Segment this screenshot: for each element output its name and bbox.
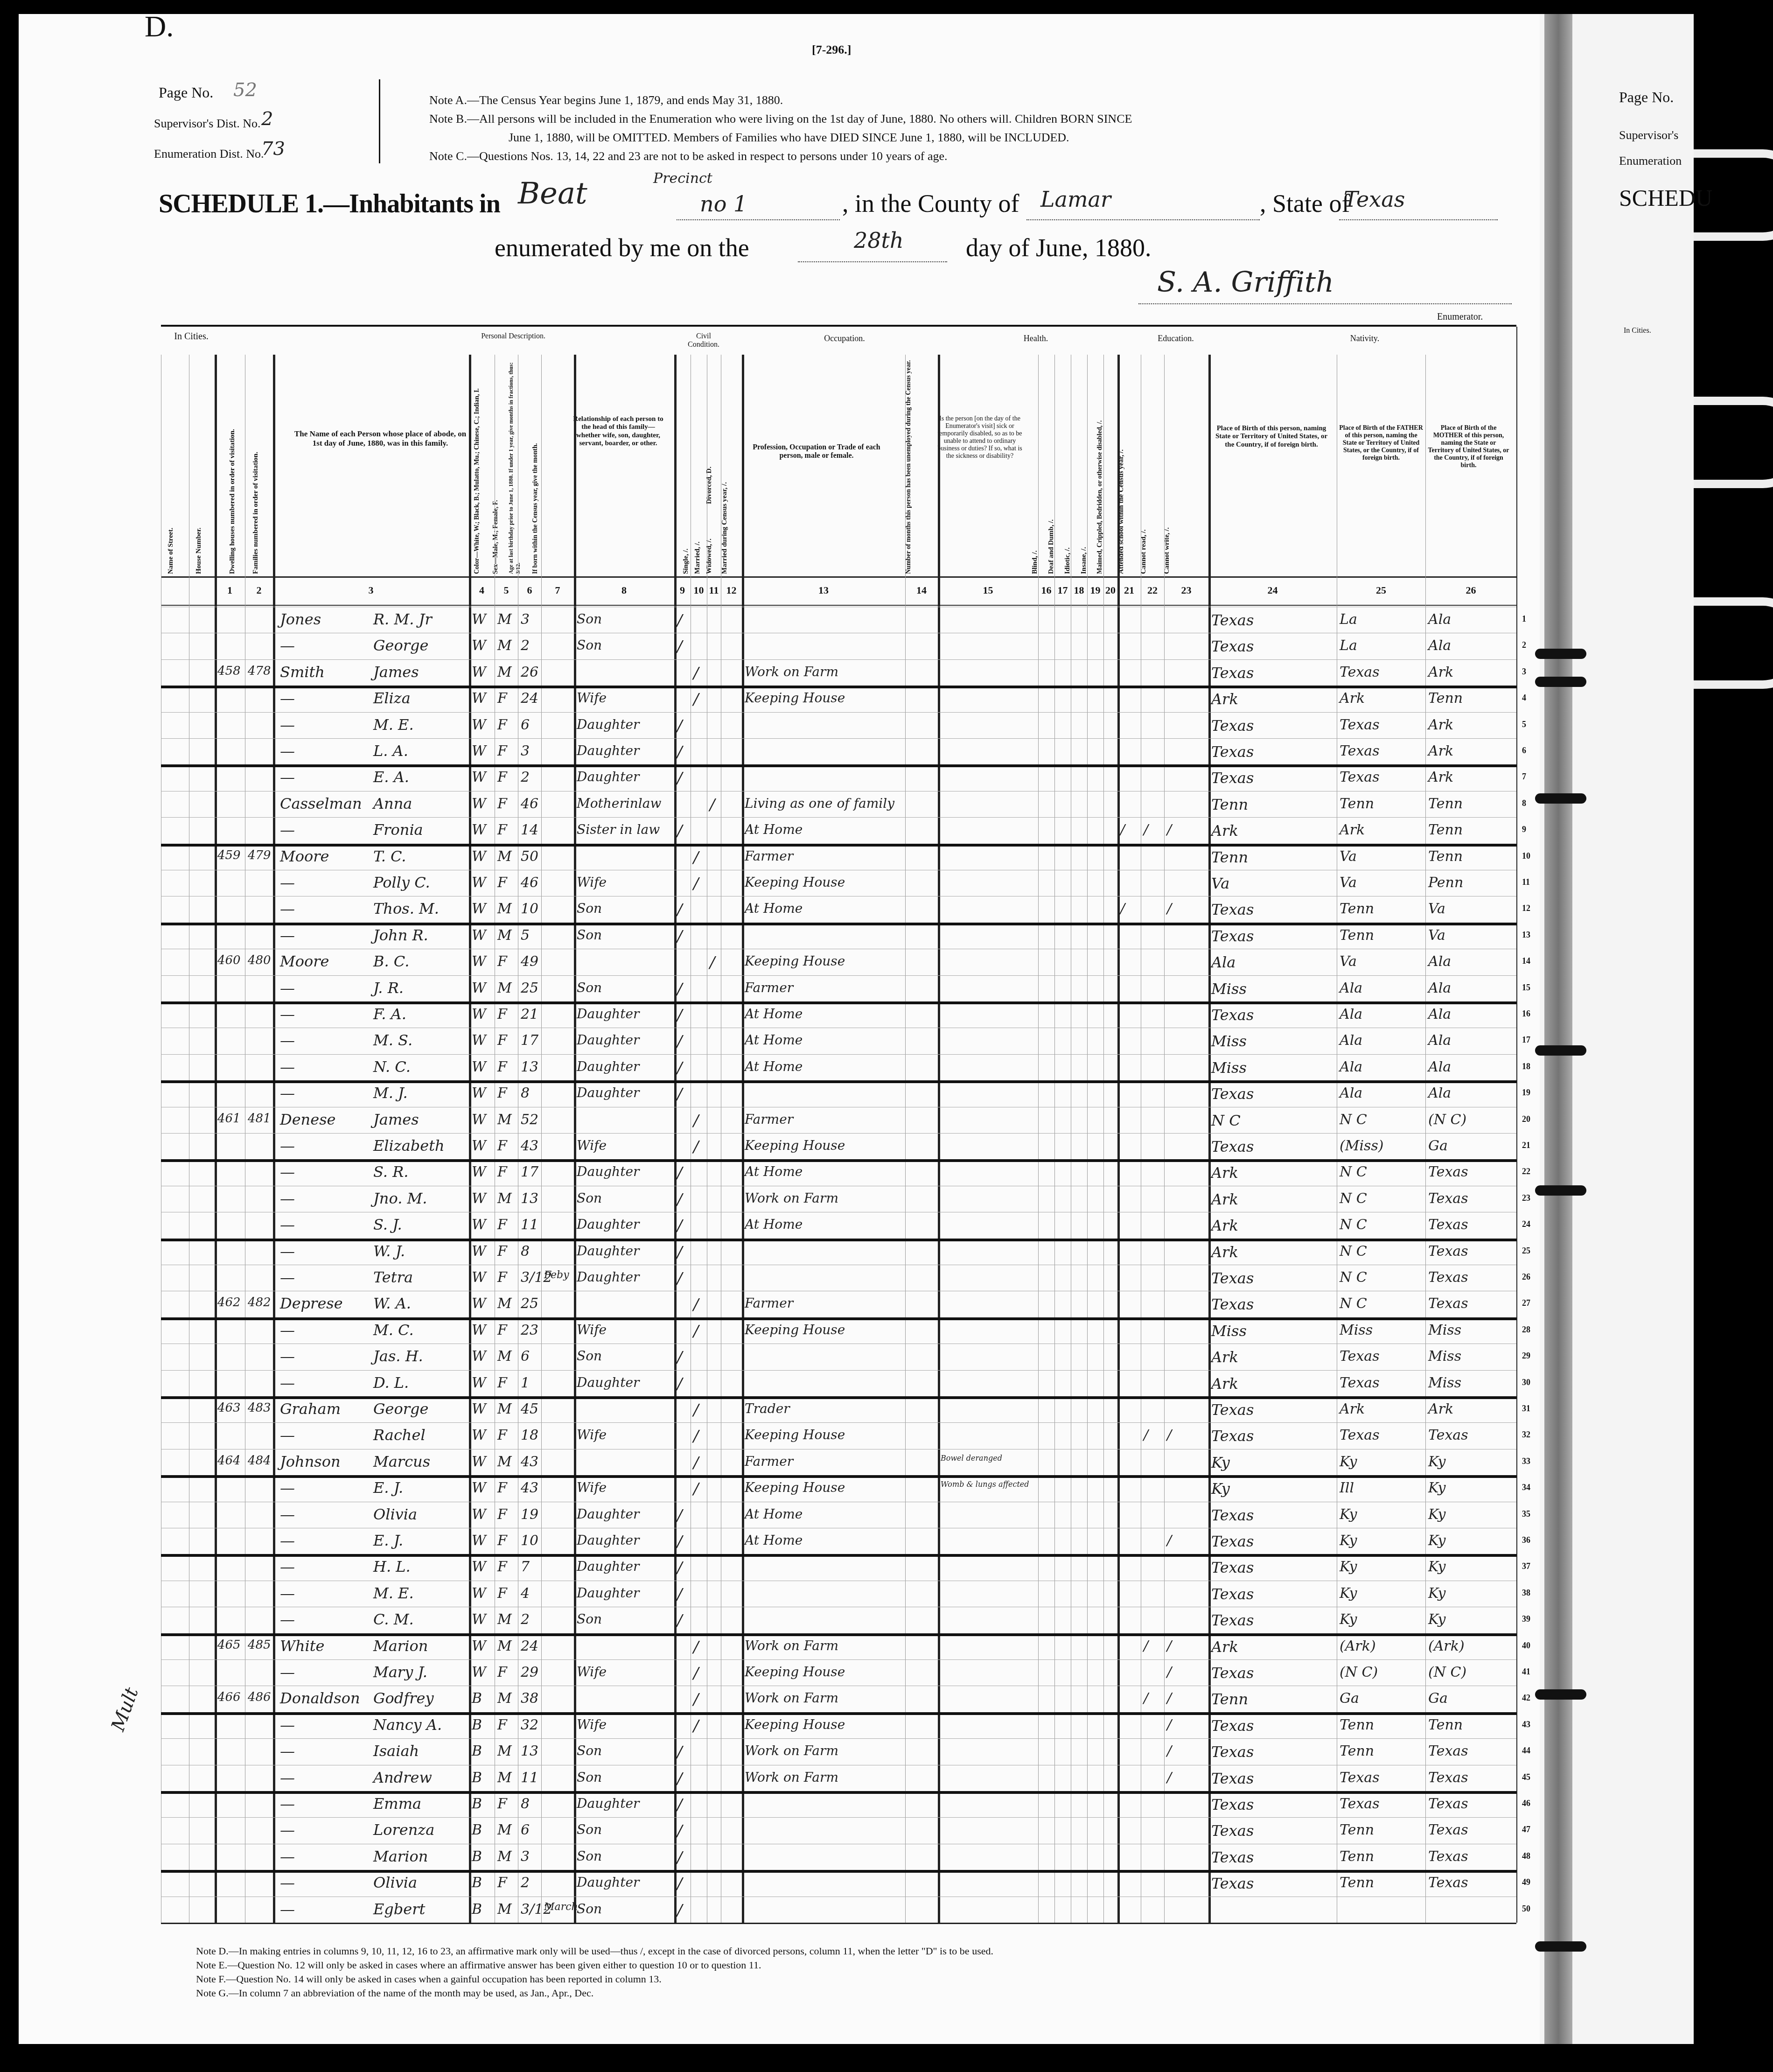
sex-cell: F — [497, 875, 507, 891]
row-number: 9 — [1522, 825, 1526, 834]
single-cell: / — [677, 901, 682, 919]
sex-cell: M — [497, 1348, 512, 1365]
surname-cell: — — [280, 1610, 295, 1628]
column-divider — [495, 355, 495, 1923]
bf-cell: Ky — [1340, 1454, 1357, 1470]
column-number: 13 — [742, 584, 905, 596]
age-cell: 2 — [521, 637, 530, 654]
note-d: Note D.—In making entries in columns 9, … — [196, 1945, 993, 1957]
read-cell: / — [1144, 822, 1148, 838]
occ-cell: Work on Farm — [745, 1743, 838, 1758]
column-divider — [1103, 355, 1104, 1923]
header-bottom-border — [161, 576, 1516, 578]
column-divider — [1425, 355, 1426, 1923]
header-name: The Name of each Person whose place of a… — [289, 429, 471, 448]
bp-cell: Texas — [1211, 1506, 1254, 1524]
color-cell: W — [472, 927, 486, 944]
single-cell: / — [677, 1848, 682, 1867]
color-cell: W — [472, 1375, 486, 1391]
sex-cell: M — [497, 901, 512, 917]
row-number: 3 — [1522, 667, 1526, 677]
surname-cell: — — [280, 1374, 295, 1392]
row-number: 47 — [1522, 1825, 1530, 1834]
married-cell: / — [693, 1480, 698, 1498]
column-number: 4 — [469, 584, 495, 596]
occ-cell: Work on Farm — [745, 1690, 838, 1706]
age-cell: 3 — [521, 611, 530, 628]
bp-cell: Texas — [1211, 1611, 1254, 1629]
header-age: Age at last birthday prior to June 1, 18… — [508, 355, 526, 574]
color-cell: W — [472, 875, 486, 891]
row-number: 35 — [1522, 1509, 1530, 1519]
age-cell: 8 — [521, 1796, 530, 1812]
given-name-cell: M. E. — [373, 716, 414, 734]
bf-cell: Tenn — [1340, 1822, 1374, 1838]
colnum-bottom-border — [161, 605, 1516, 606]
rel-cell: Wife — [577, 1664, 607, 1680]
given-name-cell: Tetra — [373, 1268, 413, 1286]
color-cell: W — [472, 1533, 486, 1549]
adjacent-enumeration-label: Enumeration — [1619, 154, 1682, 168]
sex-cell: M — [497, 1690, 512, 1707]
color-cell: W — [472, 1138, 486, 1154]
row-divider — [161, 1001, 1516, 1004]
row-divider — [161, 817, 1516, 818]
row-divider — [161, 659, 1516, 660]
row-divider — [161, 1080, 1516, 1083]
bm-cell: Ark — [1428, 769, 1453, 785]
row-number: 22 — [1522, 1167, 1530, 1176]
occ-cell: Work on Farm — [745, 1190, 838, 1206]
bp-cell: Ark — [1211, 1190, 1238, 1208]
age-cell: 6 — [521, 1348, 530, 1365]
row-number: 30 — [1522, 1378, 1530, 1387]
surname-cell: — — [280, 1347, 295, 1365]
bf-cell: Ky — [1340, 1559, 1357, 1575]
given-name-cell: W. J. — [373, 1242, 405, 1260]
color-cell: W — [472, 1164, 486, 1180]
bp-cell: Texas — [1211, 1717, 1254, 1735]
sick-cell: Womb & lungs affected — [941, 1480, 1029, 1489]
row-divider — [161, 607, 1516, 607]
supervisor-label: Supervisor's Dist. No. — [154, 117, 261, 131]
bf-cell: Tenn — [1340, 1875, 1374, 1891]
bp-cell: Texas — [1211, 1533, 1254, 1550]
column-divider — [541, 355, 542, 1923]
given-name-cell: Nancy A. — [373, 1716, 442, 1734]
row-divider — [161, 1765, 1516, 1765]
bp-cell: Tenn — [1211, 796, 1248, 813]
binding-ring — [1535, 1941, 1586, 1952]
color-cell: W — [472, 1059, 486, 1075]
column-number: 26 — [1425, 584, 1516, 596]
adjacent-schedule-label: SCHEDU — [1619, 184, 1712, 211]
header-street: Name of Street. — [167, 476, 175, 574]
sex-cell: F — [497, 822, 507, 838]
row-divider — [161, 764, 1516, 767]
row-divider — [161, 1738, 1516, 1739]
bm-cell: Ark — [1428, 1401, 1453, 1417]
bp-cell: Texas — [1211, 1295, 1254, 1313]
column-number: 2 — [245, 584, 273, 596]
row-divider — [161, 1212, 1516, 1212]
row-divider — [161, 844, 1516, 847]
given-name-cell: Eliza — [373, 689, 411, 707]
surname-cell: Graham — [280, 1400, 341, 1418]
rel-cell: Daughter — [577, 717, 639, 732]
rel-cell: Daughter — [577, 1164, 639, 1179]
occ-cell: Farmer — [745, 980, 793, 995]
bm-cell: Texas — [1428, 1190, 1468, 1207]
scan-top-border — [0, 0, 1773, 14]
bf-cell: Ala — [1340, 1059, 1362, 1075]
row-number: 23 — [1522, 1193, 1530, 1203]
sex-cell: F — [497, 1085, 507, 1101]
surname-cell: — — [280, 1479, 295, 1497]
given-name-cell: M. J. — [373, 1084, 408, 1102]
row-divider — [161, 1370, 1516, 1371]
row-number: 44 — [1522, 1746, 1530, 1756]
surname-cell: — — [280, 1137, 295, 1155]
married-cell: / — [693, 1664, 698, 1683]
occ-cell: Trader — [745, 1401, 790, 1416]
bf-cell: Ala — [1340, 980, 1362, 996]
occ-cell: Keeping House — [745, 875, 845, 890]
day-underline — [798, 261, 947, 262]
surname-cell: — — [280, 1558, 295, 1575]
header-married: Married, /. — [694, 513, 702, 574]
surname-cell: Jones — [280, 610, 321, 628]
age-cell: 24 — [521, 1638, 538, 1654]
given-name-cell: John R. — [373, 926, 428, 944]
bp-cell: Texas — [1211, 1822, 1254, 1840]
sex-cell: M — [497, 1454, 512, 1470]
given-name-cell: Rachel — [373, 1426, 426, 1444]
bp-cell: Texas — [1211, 637, 1254, 655]
given-name-cell: Thos. M. — [373, 900, 439, 917]
column-divider — [742, 355, 744, 1923]
given-name-cell: T. C. — [373, 847, 406, 865]
widowed-cell: / — [710, 953, 715, 972]
given-name-cell: J. R. — [373, 979, 404, 997]
bm-cell: Ky — [1428, 1454, 1445, 1470]
age-cell: 25 — [521, 980, 538, 996]
rel-cell: Wife — [577, 1322, 607, 1337]
row-number: 39 — [1522, 1614, 1530, 1624]
surname-cell: Moore — [280, 952, 329, 970]
bm-cell: Ark — [1428, 664, 1453, 680]
header-maimed: Maimed, Crippled, Bedridden, or otherwis… — [1096, 355, 1104, 574]
row-divider — [161, 1817, 1516, 1818]
single-cell: / — [677, 980, 682, 999]
fam-cell: 484 — [248, 1454, 271, 1468]
color-cell: W — [472, 1454, 486, 1470]
bm-cell: Ala — [1428, 953, 1451, 970]
rel-cell: Son — [577, 1190, 602, 1206]
rel-cell: Sister in law — [577, 822, 660, 837]
row-number: 17 — [1522, 1035, 1530, 1045]
bp-cell: Ark — [1211, 1638, 1238, 1656]
occ-cell: Keeping House — [745, 1664, 845, 1680]
month-cell: March — [544, 1901, 578, 1913]
given-name-cell: L. A. — [373, 742, 408, 760]
age-cell: 18 — [521, 1427, 538, 1443]
row-divider — [161, 1159, 1516, 1162]
binding-ring — [1535, 677, 1586, 687]
single-cell: / — [677, 717, 682, 735]
occ-cell: Keeping House — [745, 690, 845, 706]
row-number: 32 — [1522, 1430, 1530, 1440]
sex-cell: F — [497, 1269, 507, 1286]
row-divider — [161, 1844, 1516, 1844]
enumerator-signature: S. A. Griffith — [1157, 266, 1334, 299]
rel-cell: Wife — [577, 1427, 607, 1442]
single-cell: / — [677, 1217, 682, 1235]
bm-cell: Ark — [1428, 743, 1453, 759]
bm-cell: Ala — [1428, 1085, 1451, 1101]
bf-cell: (Ark) — [1340, 1638, 1376, 1654]
column-number: 18 — [1071, 584, 1087, 596]
given-name-cell: Isaiah — [373, 1742, 419, 1760]
bf-cell: N C — [1340, 1295, 1367, 1312]
bp-cell: Ky — [1211, 1480, 1230, 1498]
bm-cell: Va — [1428, 927, 1445, 944]
bf-cell: Ark — [1340, 690, 1365, 707]
bf-cell: Tenn — [1340, 1743, 1374, 1759]
bm-cell: Texas — [1428, 1164, 1468, 1180]
surname-cell: — — [280, 1163, 295, 1181]
bp-cell: Miss — [1211, 1059, 1247, 1077]
surname-cell: — — [280, 1426, 295, 1444]
write-cell: / — [1167, 1664, 1172, 1680]
row-divider — [161, 633, 1516, 633]
bp-cell: Va — [1211, 875, 1229, 892]
column-number: 16 — [1038, 584, 1054, 596]
married-cell: / — [693, 875, 698, 893]
column-number: 15 — [938, 584, 1038, 596]
bm-cell: Ala — [1428, 611, 1451, 628]
column-divider — [1117, 355, 1120, 1923]
given-name-cell: Andrew — [373, 1769, 432, 1786]
row-divider — [161, 712, 1516, 713]
note-b-cont: June 1, 1880, will be OMITTED. Members o… — [509, 131, 1069, 145]
bp-cell: Tenn — [1211, 1690, 1248, 1708]
rel-cell: Son — [577, 637, 602, 653]
rel-cell: Son — [577, 1743, 602, 1758]
row-number: 1 — [1522, 614, 1526, 624]
row-number: 20 — [1522, 1114, 1530, 1124]
column-divider — [469, 355, 471, 1923]
adjacent-page-no-label: Page No. — [1619, 89, 1674, 106]
column-divider — [1087, 355, 1088, 1923]
age-cell: 49 — [521, 953, 538, 970]
bm-cell: Miss — [1428, 1375, 1461, 1391]
color-cell: B — [472, 1743, 482, 1759]
single-cell: / — [677, 1348, 682, 1367]
bp-cell: Texas — [1211, 769, 1254, 787]
rel-cell: Son — [577, 927, 602, 943]
occ-cell: At Home — [745, 1164, 803, 1179]
married-cell: / — [693, 1295, 698, 1314]
bf-cell: Ark — [1340, 822, 1365, 838]
color-cell: W — [472, 769, 486, 785]
column-divider — [707, 355, 707, 1923]
given-name-cell: Polly C. — [373, 874, 430, 891]
married-cell: / — [693, 690, 698, 709]
note-f: Note F.—Question No. 14 will only be ask… — [196, 1973, 662, 1985]
row-divider — [161, 870, 1516, 870]
header-relationship: Relationship of each person to the head … — [572, 415, 665, 448]
color-cell: W — [472, 1611, 486, 1628]
row-divider — [161, 1607, 1516, 1607]
fam-cell: 478 — [248, 664, 271, 678]
bm-cell: Tenn — [1428, 822, 1463, 838]
bm-cell: Ky — [1428, 1533, 1445, 1549]
given-name-cell: Egbert — [373, 1900, 425, 1918]
row-number: 28 — [1522, 1325, 1530, 1335]
bp-cell: Texas — [1211, 1401, 1254, 1419]
sick-cell: Bowel deranged — [941, 1454, 1002, 1463]
sex-cell: F — [497, 1243, 507, 1260]
header-civil: Civil Condition. — [680, 332, 727, 349]
row-number: 31 — [1522, 1404, 1530, 1414]
rel-cell: Son — [577, 901, 602, 916]
bp-cell: Ark — [1211, 1375, 1238, 1393]
fam-cell: 485 — [248, 1638, 271, 1652]
surname-cell: — — [280, 926, 295, 944]
rel-cell: Daughter — [577, 1559, 639, 1574]
occ-cell: Farmer — [745, 1295, 793, 1311]
single-cell: / — [677, 769, 682, 788]
row-number: 18 — [1522, 1062, 1530, 1071]
sex-cell: M — [497, 1611, 512, 1628]
age-cell: 43 — [521, 1480, 538, 1496]
page-no-value: 52 — [233, 79, 257, 101]
row-divider — [161, 896, 1516, 896]
single-cell: / — [677, 1164, 682, 1183]
single-cell: / — [677, 1796, 682, 1814]
bp-cell: Texas — [1211, 1743, 1254, 1761]
bf-cell: Texas — [1340, 1375, 1380, 1391]
rel-cell: Daughter — [577, 1032, 639, 1048]
bf-cell: (N C) — [1340, 1664, 1378, 1680]
row-divider — [161, 1291, 1516, 1291]
rel-cell: Son — [577, 1611, 602, 1627]
bm-cell: Va — [1428, 901, 1445, 917]
given-name-cell: Jno. M. — [373, 1190, 427, 1207]
color-cell: W — [472, 1190, 486, 1207]
write-cell: / — [1167, 822, 1172, 838]
rel-cell: Daughter — [577, 1375, 639, 1390]
surname-cell: — — [280, 1084, 295, 1102]
column-number: 20 — [1103, 584, 1117, 596]
binding-ring — [1535, 649, 1586, 659]
row-divider — [161, 1554, 1516, 1557]
age-cell: 21 — [521, 1006, 538, 1022]
bp-cell: Ky — [1211, 1454, 1230, 1471]
bp-cell: Ala — [1211, 953, 1236, 971]
sex-cell: M — [497, 1743, 512, 1759]
binding-ring — [1535, 1185, 1586, 1196]
census-page — [19, 14, 1540, 2044]
note-g: Note G.—In column 7 an abbreviation of t… — [196, 1987, 593, 1999]
bf-cell: N C — [1340, 1269, 1367, 1286]
column-divider — [691, 355, 691, 1923]
single-cell: / — [677, 637, 682, 656]
surname-cell: White — [280, 1637, 325, 1655]
column-divider — [674, 355, 677, 1923]
row-divider — [161, 975, 1516, 976]
column-number: 19 — [1087, 584, 1103, 596]
column-divider — [1208, 355, 1211, 1923]
color-cell: W — [472, 1295, 486, 1312]
row-divider — [161, 1344, 1516, 1344]
age-cell: 29 — [521, 1664, 538, 1680]
surname-cell: — — [280, 1216, 295, 1233]
single-cell: / — [677, 1269, 682, 1288]
given-name-cell: C. M. — [373, 1610, 414, 1628]
given-name-cell: R. M. Jr — [373, 610, 432, 628]
dw-cell: 464 — [217, 1454, 241, 1468]
bf-cell: Tenn — [1340, 927, 1374, 944]
row-divider — [161, 1712, 1516, 1715]
married-cell: / — [693, 1638, 698, 1657]
bp-cell: Miss — [1211, 980, 1247, 998]
age-cell: 26 — [521, 664, 538, 680]
bp-cell: Texas — [1211, 927, 1254, 945]
row-number: 49 — [1522, 1877, 1530, 1887]
bm-cell: Texas — [1428, 1427, 1468, 1443]
row-number: 2 — [1522, 640, 1526, 650]
occ-cell: At Home — [745, 1506, 803, 1522]
row-number: 8 — [1522, 798, 1526, 808]
occ-cell: Keeping House — [745, 1480, 845, 1495]
occ-cell: Keeping House — [745, 1427, 845, 1442]
column-number: 3 — [273, 584, 469, 596]
bm-cell: Texas — [1428, 1796, 1468, 1812]
read-cell: / — [1144, 1638, 1148, 1654]
occ-cell: Farmer — [745, 1454, 793, 1469]
occ-cell: At Home — [745, 822, 803, 837]
color-cell: W — [472, 1269, 486, 1286]
header-birth-month: If born within the Census year, give the… — [532, 378, 539, 574]
rel-cell: Son — [577, 980, 602, 995]
bf-cell: Tenn — [1340, 796, 1374, 812]
color-cell: B — [472, 1822, 482, 1838]
sex-cell: F — [497, 1533, 507, 1549]
surname-cell: Moore — [280, 847, 329, 865]
sex-cell: M — [497, 1822, 512, 1838]
occ-cell: Farmer — [745, 1112, 793, 1127]
widowed-cell: / — [710, 796, 715, 814]
sex-cell: F — [497, 1059, 507, 1075]
color-cell: W — [472, 637, 486, 654]
surname-cell: — — [280, 1821, 295, 1839]
bf-cell: La — [1340, 611, 1357, 628]
color-cell: W — [472, 717, 486, 733]
enumerated-label: enumerated by me on the — [495, 233, 749, 262]
column-divider — [518, 355, 518, 1923]
single-cell: / — [677, 743, 682, 762]
row-number: 25 — [1522, 1246, 1530, 1256]
bm-cell: Ala — [1428, 1006, 1451, 1022]
sex-cell: M — [497, 1295, 512, 1312]
sex-cell: M — [497, 980, 512, 996]
bf-cell: Ky — [1340, 1533, 1357, 1549]
bf-cell: Texas — [1340, 769, 1380, 785]
bf-cell: Ga — [1340, 1690, 1359, 1707]
dw-cell: 465 — [217, 1638, 241, 1652]
